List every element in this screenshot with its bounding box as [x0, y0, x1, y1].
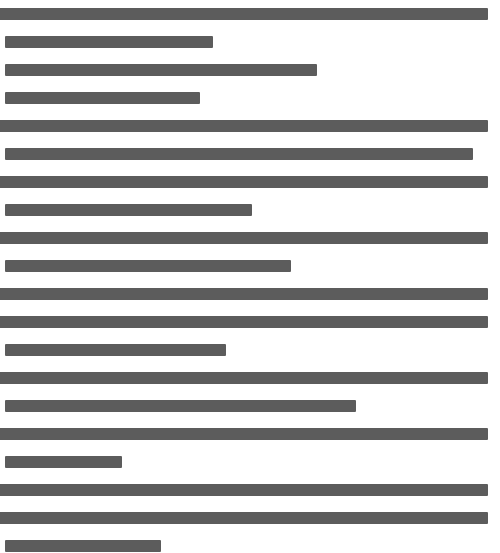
novel-text-page — [0, 0, 500, 553]
redacted-paragraph — [0, 8, 500, 20]
redacted-paragraph — [0, 372, 500, 384]
redacted-narration-bar — [5, 540, 161, 552]
redacted-paragraph — [5, 260, 500, 272]
redacted-narration-bar — [0, 176, 488, 188]
redacted-narration-bar — [0, 484, 488, 496]
redacted-narration-bar — [0, 512, 488, 524]
redacted-narration-bar — [0, 120, 488, 132]
redacted-paragraph — [5, 456, 500, 468]
redacted-paragraph — [0, 316, 500, 328]
redacted-paragraph — [5, 344, 500, 356]
redacted-paragraph — [5, 92, 500, 104]
redacted-narration-bar — [0, 428, 488, 440]
redacted-paragraph — [0, 120, 500, 132]
redacted-dialogue-bar — [5, 204, 252, 216]
redacted-paragraph — [0, 176, 500, 188]
redacted-dialogue-bar — [5, 456, 122, 468]
redacted-paragraph — [5, 64, 500, 76]
redacted-narration-bar — [0, 232, 488, 244]
redacted-narration-bar — [5, 64, 317, 76]
redacted-paragraph — [5, 204, 500, 216]
redacted-paragraph — [5, 148, 500, 160]
text-content-area — [0, 0, 500, 552]
redacted-dialogue-bar — [5, 148, 473, 160]
redacted-paragraph — [0, 484, 500, 496]
redacted-narration-bar — [0, 8, 488, 20]
redacted-dialogue-bar — [5, 36, 213, 48]
redacted-paragraph — [0, 232, 500, 244]
redacted-narration-bar — [0, 372, 488, 384]
redacted-dialogue-bar — [5, 400, 356, 412]
redacted-paragraph — [5, 36, 500, 48]
redacted-dialogue-bar — [5, 260, 291, 272]
redacted-paragraph — [5, 540, 500, 552]
redacted-paragraph — [0, 288, 500, 300]
redacted-narration-bar — [0, 288, 488, 300]
redacted-dialogue-bar — [5, 344, 226, 356]
redacted-narration-bar — [0, 316, 488, 328]
redacted-paragraph — [0, 428, 500, 440]
redacted-paragraph — [5, 400, 500, 412]
redacted-paragraph — [0, 512, 500, 524]
redacted-dialogue-bar — [5, 92, 200, 104]
